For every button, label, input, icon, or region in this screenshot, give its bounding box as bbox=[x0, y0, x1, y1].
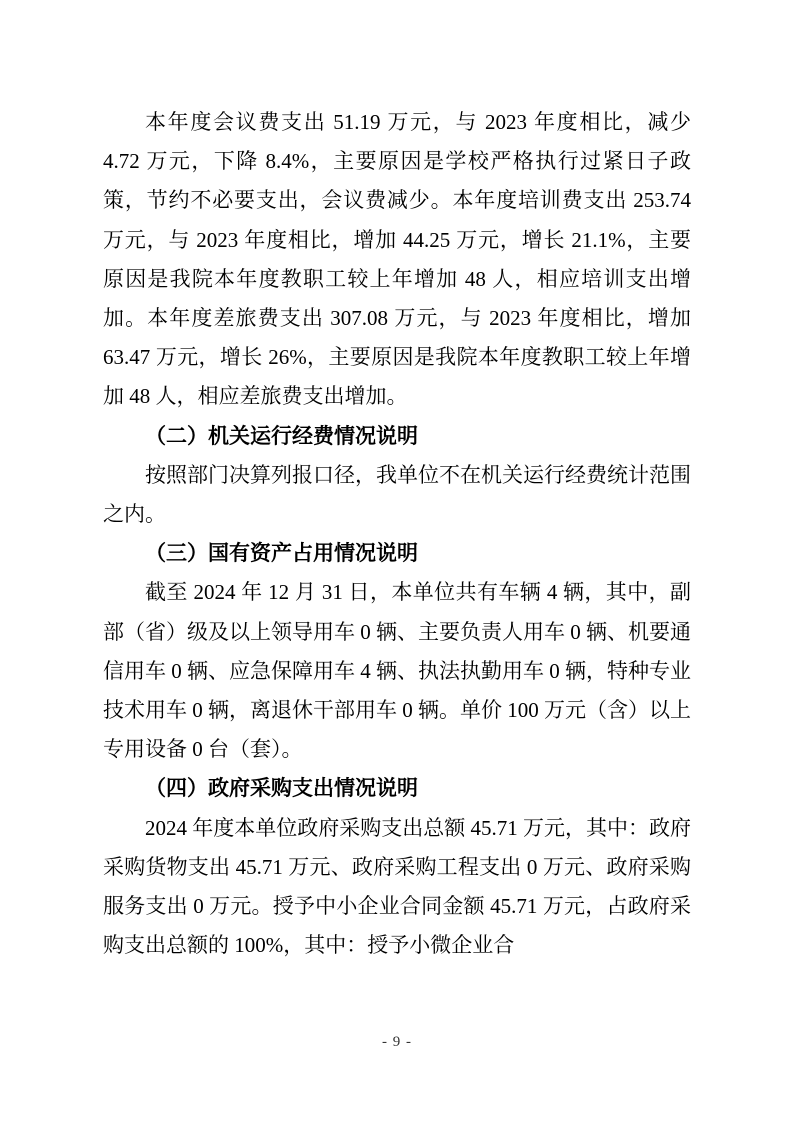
page-number: - 9 - bbox=[382, 1034, 412, 1050]
page-footer: - 9 - bbox=[0, 1031, 794, 1053]
paragraph-government-procurement-spending: 2024 年度本单位政府采购支出总额 45.71 万元，其中：政府采购货物支出 … bbox=[103, 809, 691, 966]
document-content: 本年度会议费支出 51.19 万元，与 2023 年度相比，减少 4.72 万元… bbox=[103, 103, 691, 965]
document-page: 本年度会议费支出 51.19 万元，与 2023 年度相比，减少 4.72 万元… bbox=[0, 0, 794, 1122]
paragraph-meeting-training-travel-expenses: 本年度会议费支出 51.19 万元，与 2023 年度相比，减少 4.72 万元… bbox=[103, 103, 691, 417]
paragraph-operating-funds-statement: 按照部门决算列报口径，我单位不在机关运行经费统计范围之内。 bbox=[103, 456, 691, 534]
paragraph-state-assets-vehicles: 截至 2024 年 12 月 31 日，本单位共有车辆 4 辆，其中，副部（省）… bbox=[103, 573, 691, 769]
heading-section-4-government-procurement: （四）政府采购支出情况说明 bbox=[103, 769, 691, 808]
heading-section-2-operating-funds: （二）机关运行经费情况说明 bbox=[103, 417, 691, 456]
heading-section-3-state-assets: （三）国有资产占用情况说明 bbox=[103, 534, 691, 573]
